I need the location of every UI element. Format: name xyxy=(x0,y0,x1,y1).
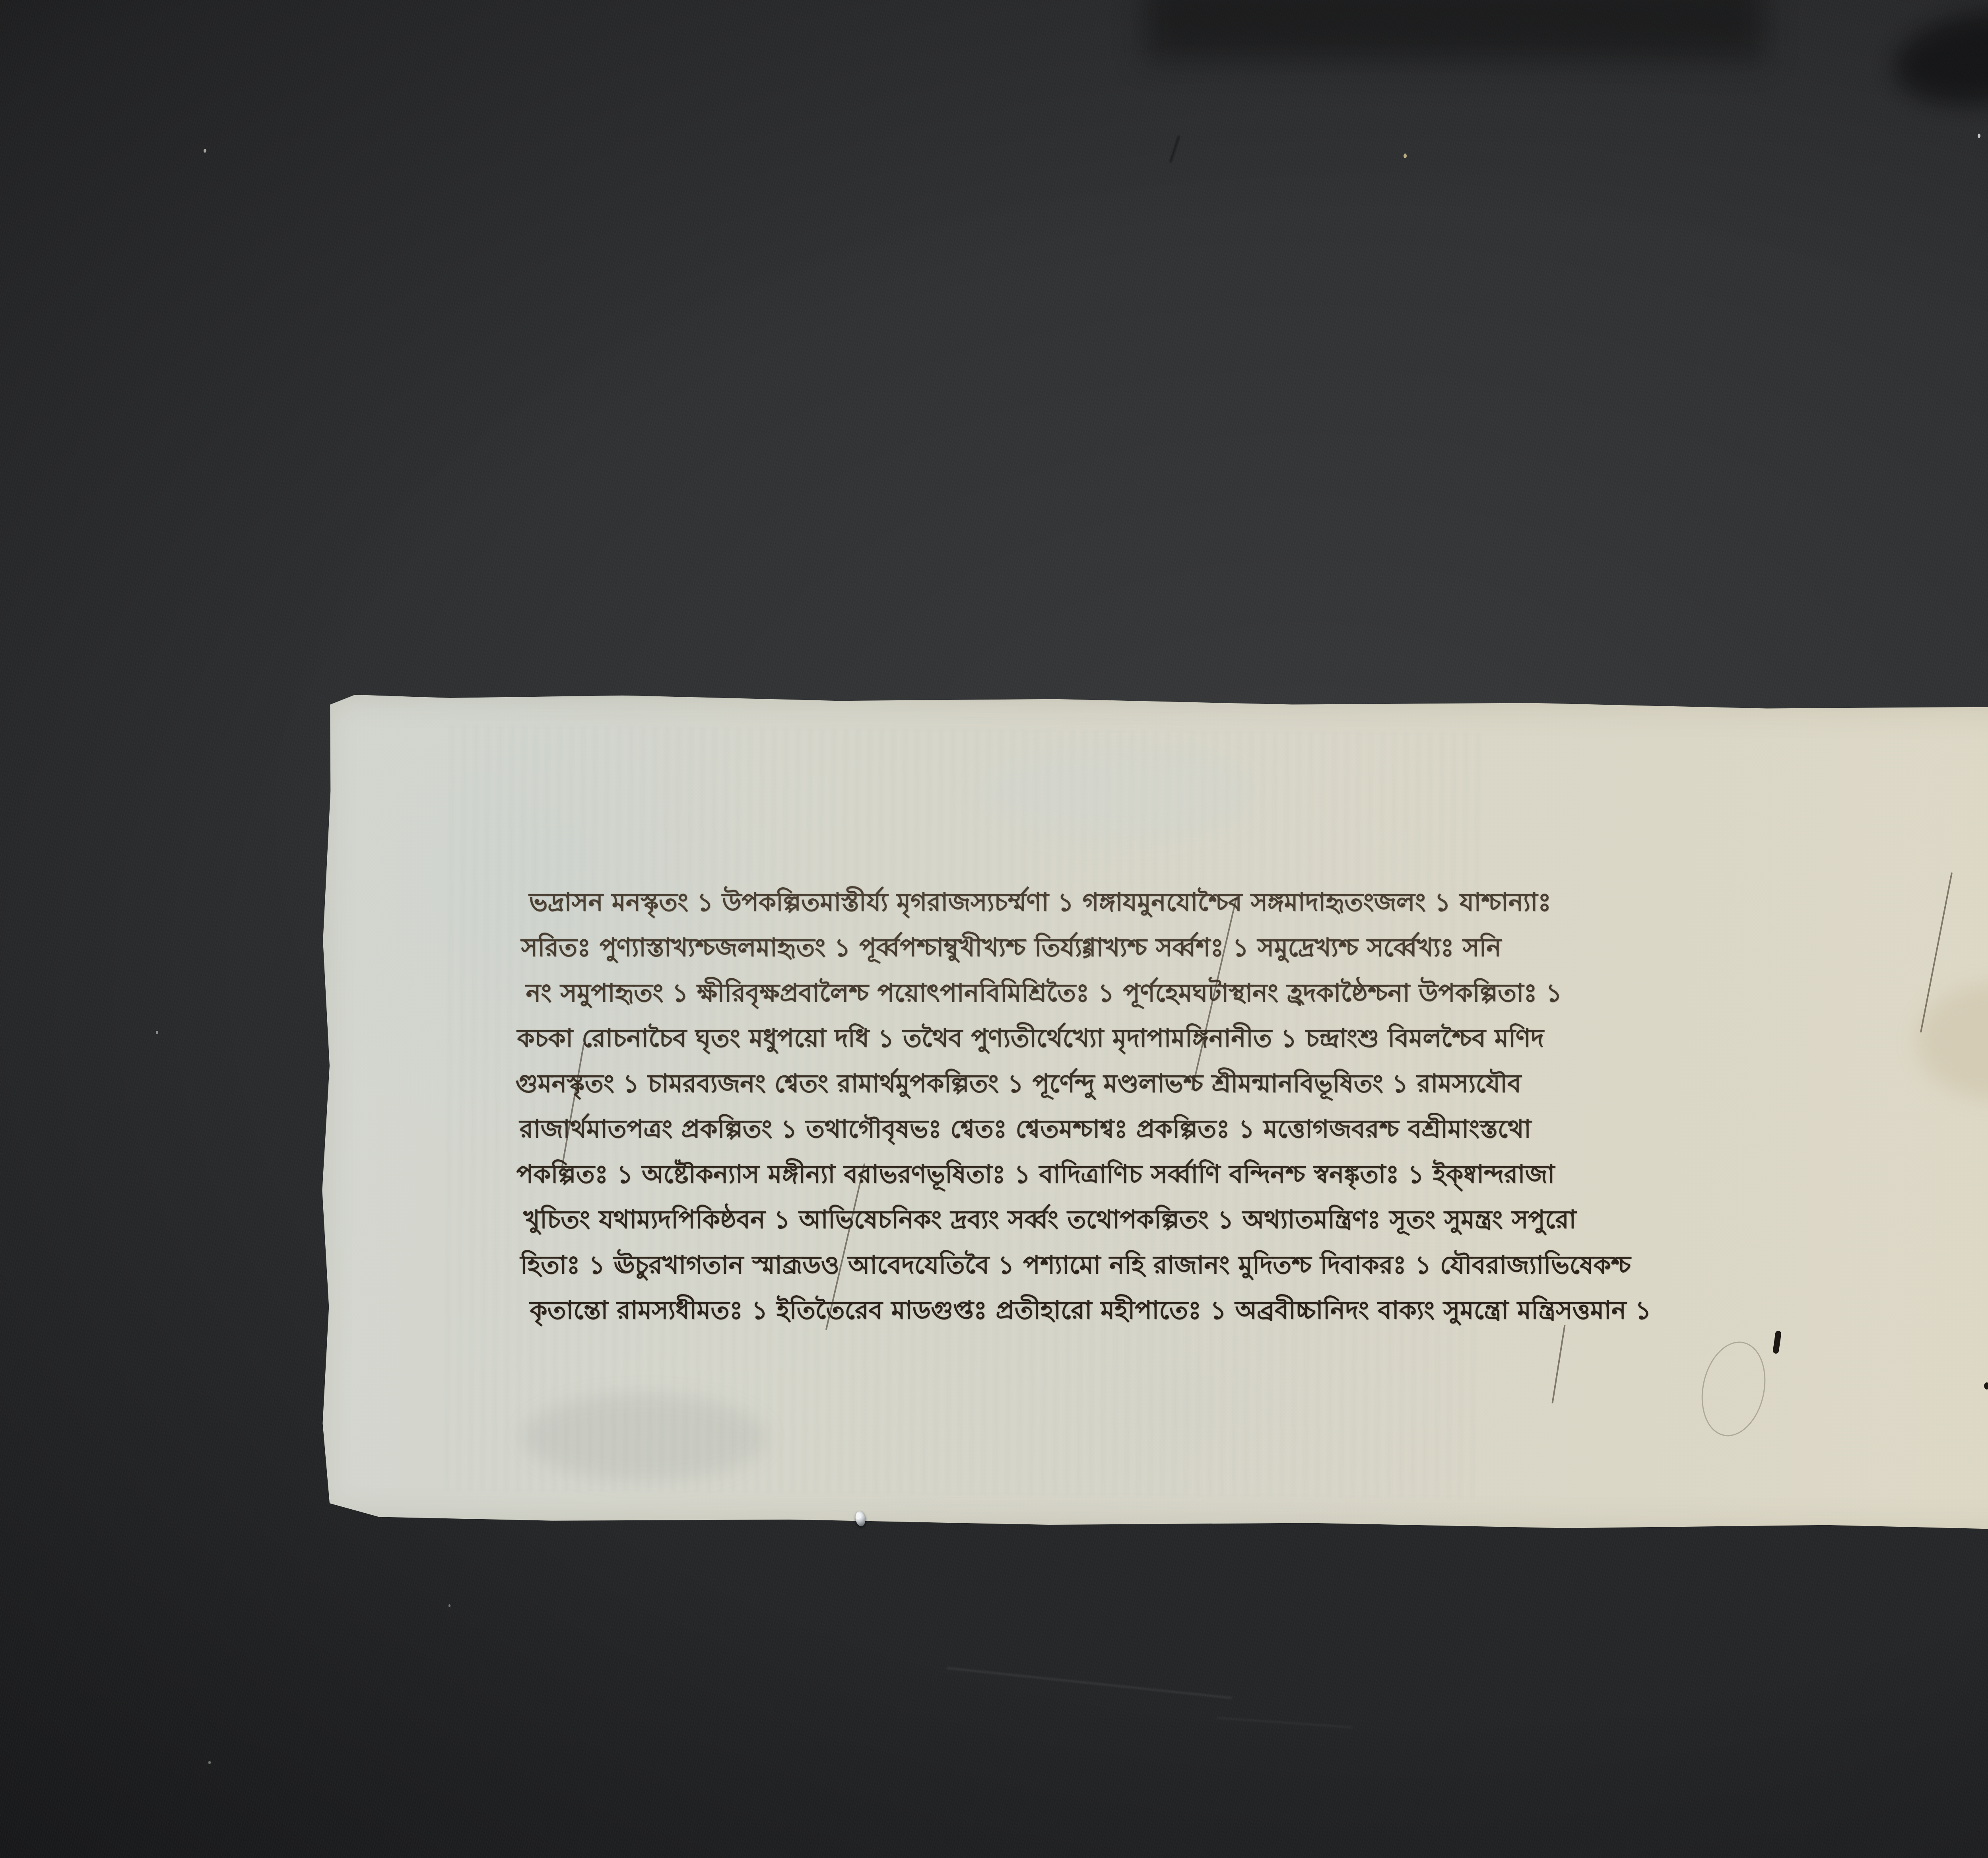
dust-speck xyxy=(1978,134,1980,138)
manuscript-line-7: পকল্পিতঃ ১ অষ্টৌকন্যাস মঙ্গীন্যা বরাভরণভ… xyxy=(516,1152,1988,1197)
manuscript-line-3: নং সমুপাহৃতং ১ ক্ষীরিবৃক্ষপ্রবালৈশ্চ পয়… xyxy=(526,970,1988,1016)
dust-speck xyxy=(204,149,206,153)
dust-speck xyxy=(448,1604,450,1607)
manuscript-text-block: ভদ্রাসন মনস্কৃতং ১ উপকল্পিতমাস্তীর্য্য ম… xyxy=(517,880,1988,1349)
dust-speck xyxy=(1404,154,1407,158)
manuscript-photograph: ভদ্রাসন মনস্কৃতং ১ উপকল্পিতমাস্তীর্য্য ম… xyxy=(0,0,1988,1858)
manuscript-line-1: ভদ্রাসন মনস্কৃতং ১ উপকল্পিতমাস্তীর্য্য ম… xyxy=(529,880,1988,925)
manuscript-line-2: সরিতঃ পুণ্যাস্তাখ্যশ্চজলমাহৃতং ১ পূর্ব্ব… xyxy=(521,925,1988,970)
dust-speck xyxy=(156,1031,158,1034)
manuscript-line-6: রাজার্থমাতপত্রং প্রকল্পিতং ১ তথাগৌবৃষভঃ … xyxy=(520,1106,1988,1152)
board-dark-band xyxy=(1145,0,1765,60)
manuscript-line-5: গুমনস্কৃতং ১ চামরব্যজনং শ্বেতং রামার্থমু… xyxy=(516,1061,1988,1106)
ink-spot xyxy=(1984,1382,1988,1390)
manuscript-line-8: খুচিতং যথাম্যদপিকিষ্ঠবন ১ আভিষেচনিকং দ্র… xyxy=(524,1197,1988,1242)
dust-speck xyxy=(208,1761,211,1764)
manuscript-line-9: হিতাঃ ১ ঊচুরখাগতান স্মাব্রূডও আবেদযেতিবৈ… xyxy=(520,1242,1988,1288)
manuscript-line-4: কচকা রোচনাচৈব ঘৃতং মধুপয়ো দধি ১ তথৈব পু… xyxy=(517,1016,1988,1061)
manuscript-line-10: কৃতান্তো রামস্যধীমতঃ ১ ইতিতৈরেব মাডগুপ্ত… xyxy=(530,1288,1988,1333)
